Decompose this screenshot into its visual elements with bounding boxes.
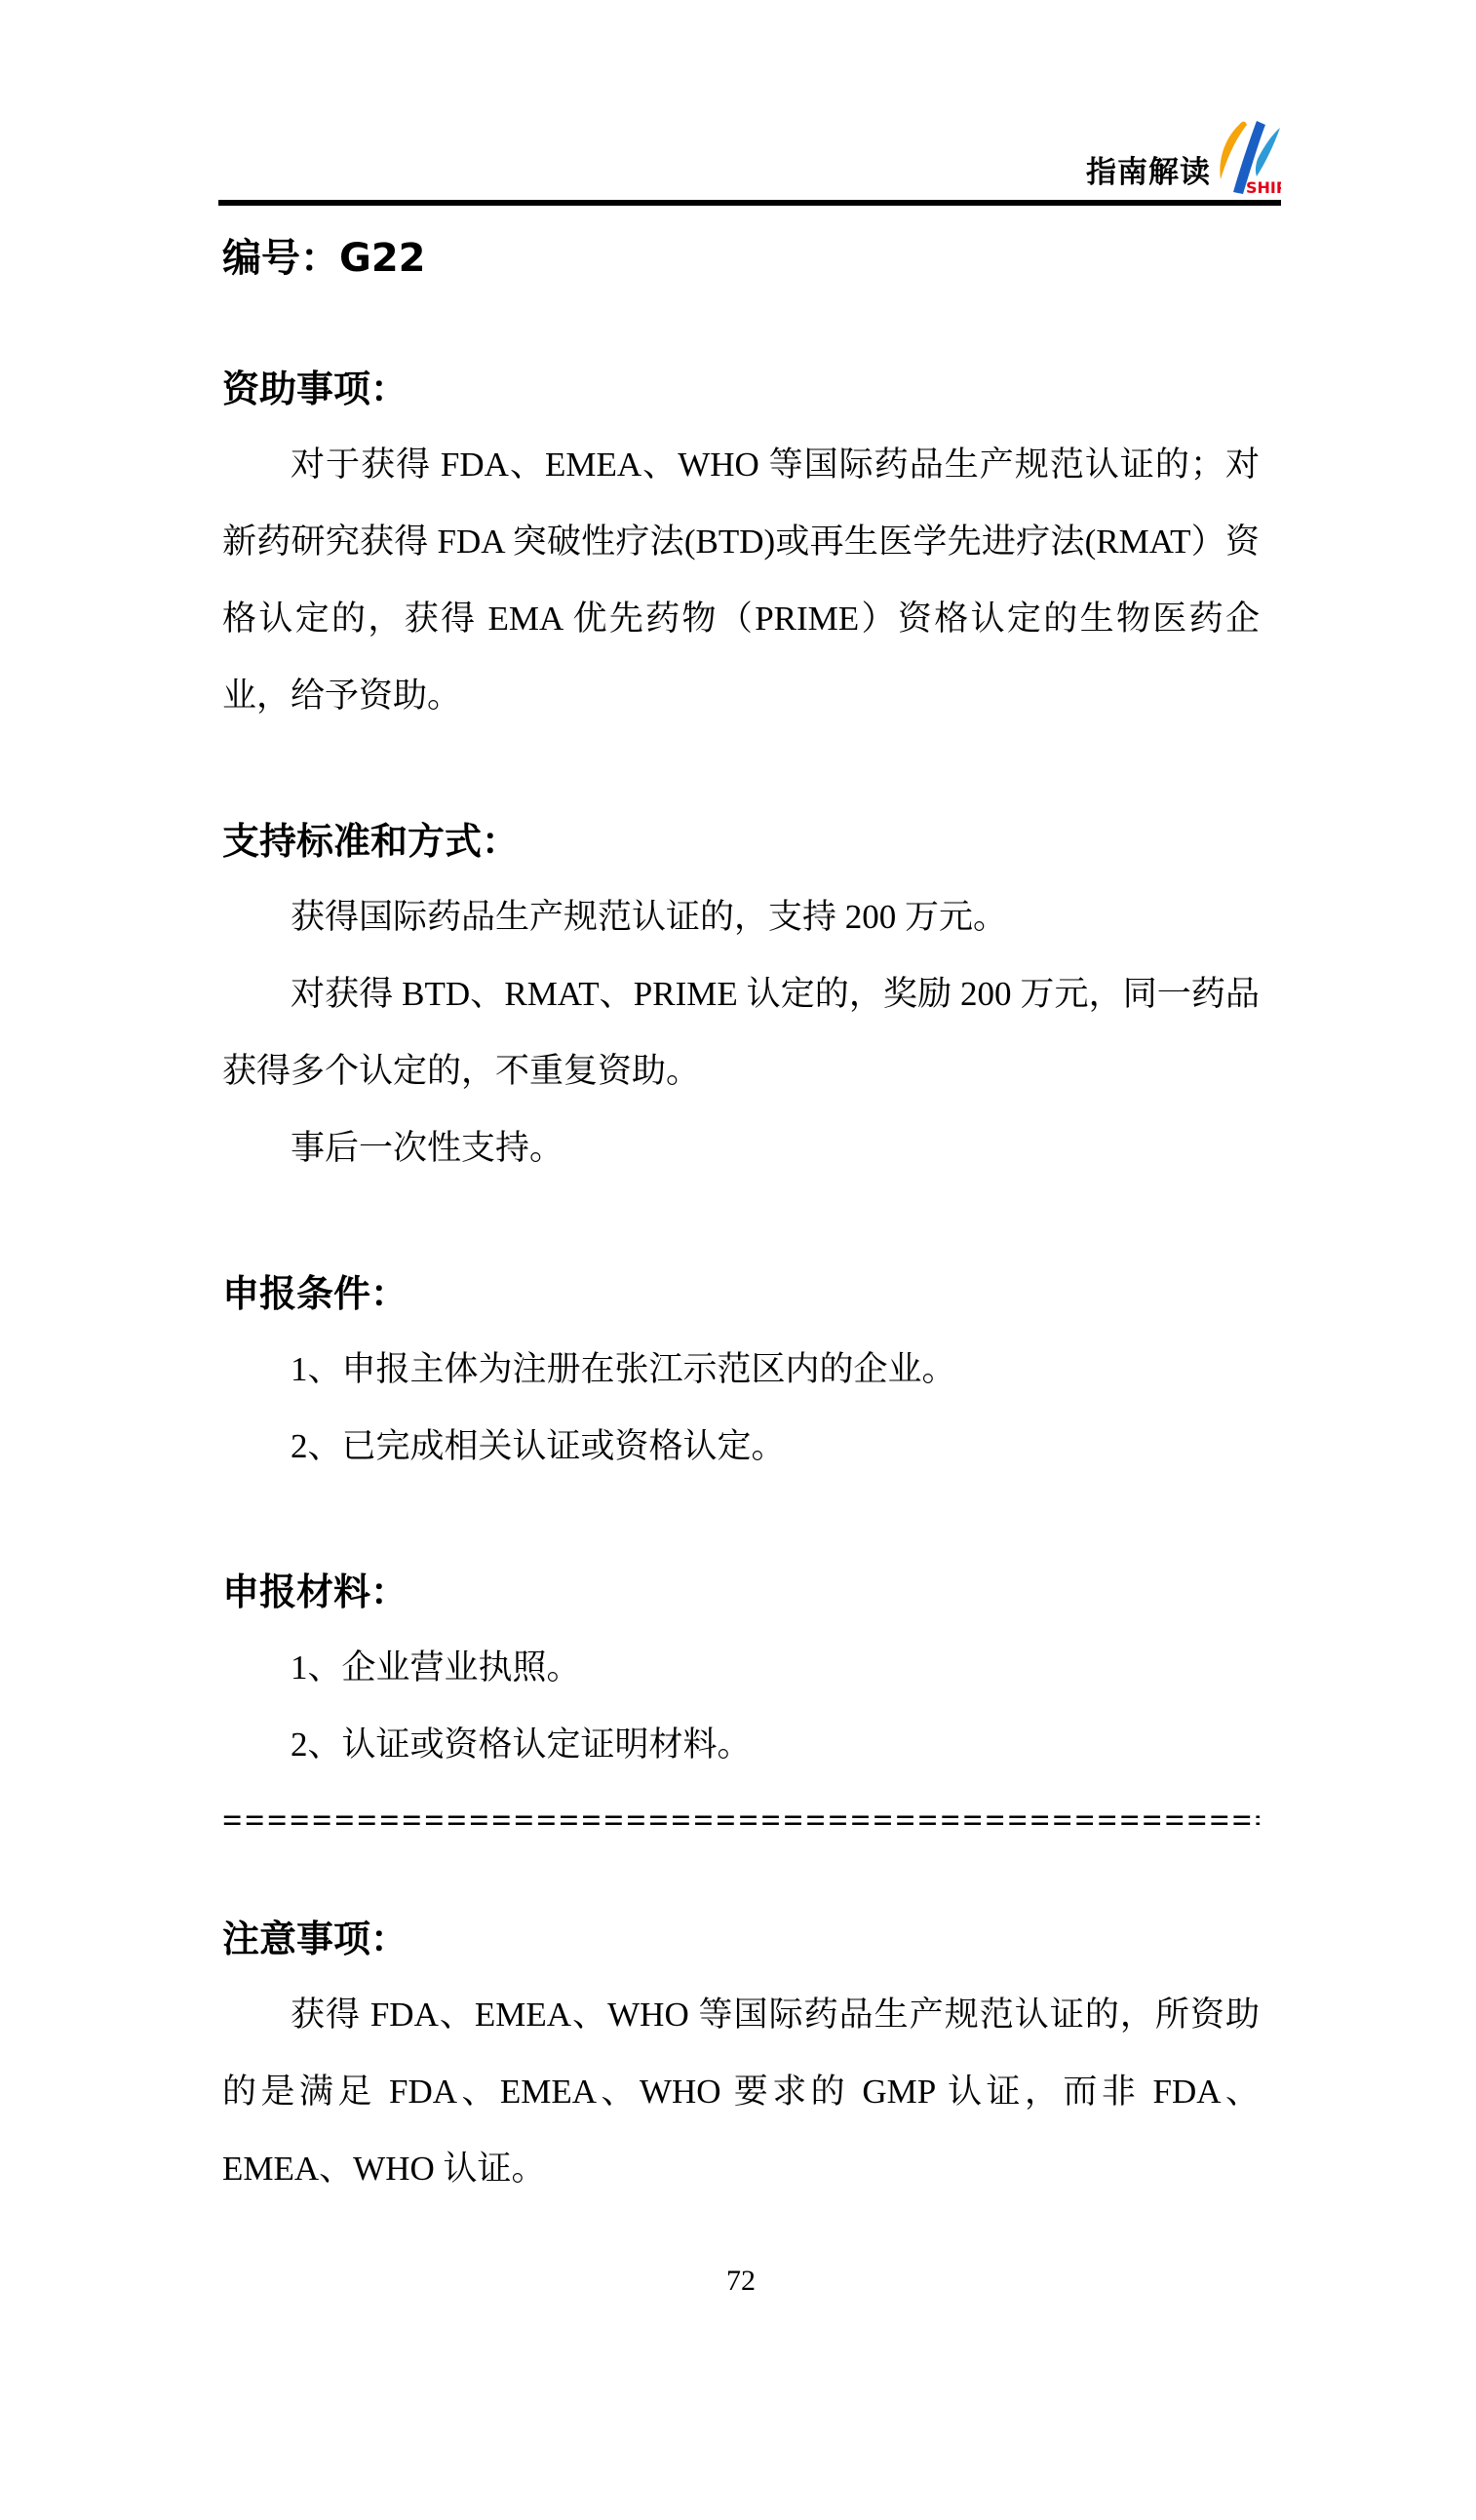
brand-subtitle: SHIPs: [1246, 178, 1281, 196]
document-body: 编号：G22 资助事项： 对于获得 FDA、EMEA、WHO 等国际药品生产规范…: [222, 235, 1260, 2207]
doc-number-title: 编号：G22: [222, 235, 1260, 282]
list-item: 1、企业营业执照。: [222, 1629, 1260, 1706]
ships-logo-svg: SHIPs: [1213, 120, 1281, 196]
brand-title: 指南解读: [1086, 158, 1211, 196]
list-item: 2、已完成相关认证或资格认定。: [222, 1408, 1260, 1485]
page-footer: 72: [222, 2264, 1260, 2299]
paragraph: 对于获得 FDA、EMEA、WHO 等国际药品生产规范认证的；对新药研究获得 F…: [222, 426, 1260, 734]
paragraph: 对获得 BTD、RMAT、PRIME 认定的，奖励 200 万元，同一药品获得多…: [222, 955, 1260, 1109]
document-page: 指南解读 SHIPs 编号：G22 资助事项： 对于获得 FDA、EMEA、WH…: [0, 0, 1476, 2207]
section-funding: 资助事项： 对于获得 FDA、EMEA、WHO 等国际药品生产规范认证的；对新药…: [222, 366, 1260, 734]
section-notes: 注意事项： 获得 FDA、EMEA、WHO 等国际药品生产规范认证的，所资助的是…: [222, 1916, 1260, 2207]
section-heading-conditions: 申报条件：: [222, 1270, 1260, 1317]
section-conditions: 申报条件： 1、申报主体为注册在张江示范区内的企业。 2、已完成相关认证或资格认…: [222, 1270, 1260, 1485]
page-number: 72: [726, 2265, 756, 2297]
brand: 指南解读 SHIPs: [1086, 120, 1281, 196]
section-materials: 申报材料： 1、企业营业执照。 2、认证或资格认定证明材料。: [222, 1569, 1260, 1783]
section-heading-notes: 注意事项：: [222, 1916, 1260, 1962]
section-heading-funding: 资助事项：: [222, 366, 1260, 412]
list-item: 1、申报主体为注册在张江示范区内的企业。: [222, 1331, 1260, 1408]
paragraph: 事后一次性支持。: [222, 1109, 1260, 1186]
section-separator: ========================================…: [222, 1801, 1260, 1840]
section-heading-materials: 申报材料：: [222, 1569, 1260, 1615]
page-header: 指南解读 SHIPs: [218, 0, 1281, 206]
section-heading-support: 支持标准和方式：: [222, 818, 1260, 865]
ships-logo-icon: SHIPs: [1213, 120, 1281, 196]
list-item: 2、认证或资格认定证明材料。: [222, 1706, 1260, 1783]
paragraph: 获得国际药品生产规范认证的，支持 200 万元。: [222, 878, 1260, 955]
paragraph: 获得 FDA、EMEA、WHO 等国际药品生产规范认证的，所资助的是满足 FDA…: [222, 1976, 1260, 2207]
section-support: 支持标准和方式： 获得国际药品生产规范认证的，支持 200 万元。 对获得 BT…: [222, 818, 1260, 1186]
